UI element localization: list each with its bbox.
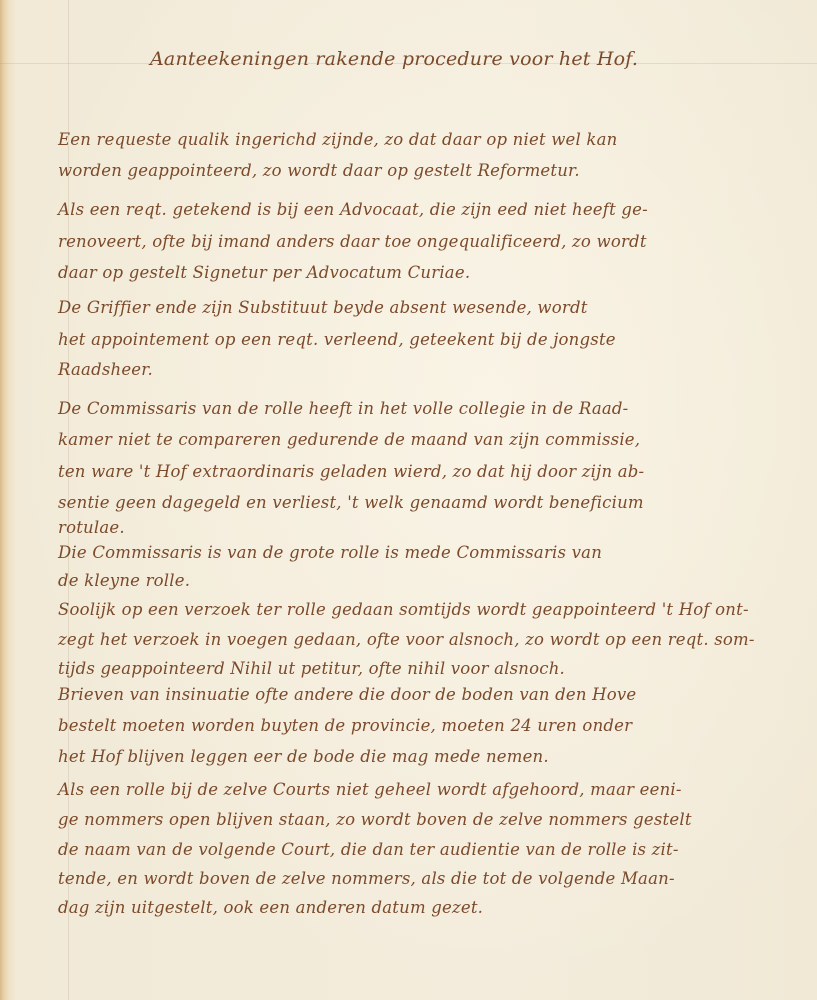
text-line: Soolijk op een verzoek ter rolle gedaan … — [58, 600, 749, 619]
text-line: de kleyne rolle. — [58, 571, 190, 590]
text-line: sentie geen dagegeld en verliest, 't wel… — [58, 493, 644, 512]
text-line: dag zijn uitgestelt, ook een anderen dat… — [58, 898, 483, 917]
text-line: tijds geappointeerd Nihil ut petitur, of… — [58, 659, 565, 678]
text-line: Een requeste qualik ingerichd zijnde, zo… — [58, 130, 618, 149]
text-line: Als een rolle bij de zelve Courts niet g… — [58, 780, 682, 799]
text-line: kamer niet te compareren gedurende de ma… — [58, 430, 640, 449]
text-line: Als een reqt. getekend is bij een Advoca… — [58, 200, 648, 219]
text-line: daar op gestelt Signetur per Advocatum C… — [58, 263, 470, 282]
text-line: bestelt moeten worden buyten de provinci… — [58, 716, 632, 735]
text-line: ten ware 't Hof extraordinaris geladen w… — [58, 462, 644, 481]
text-line: renoveert, ofte bij imand anders daar to… — [58, 232, 647, 251]
text-line: worden geappointeerd, zo wordt daar op g… — [58, 161, 580, 180]
page-title: Aanteekeningen rakende procedure voor he… — [150, 48, 638, 70]
text-line: het appointement op een reqt. verleend, … — [58, 330, 616, 349]
text-line: Brieven van insinuatie ofte andere die d… — [58, 685, 636, 704]
text-line: ge nommers open blijven staan, zo wordt … — [58, 810, 692, 829]
text-line: rotulae. — [58, 518, 125, 537]
text-line: De Griffier ende zijn Substituut beyde a… — [58, 298, 588, 317]
text-line: Raadsheer. — [58, 360, 153, 379]
text-line: tende, en wordt boven de zelve nommers, … — [58, 869, 675, 888]
text-line: zegt het verzoek in voegen gedaan, ofte … — [58, 630, 755, 649]
manuscript-page: Aanteekeningen rakende procedure voor he… — [0, 0, 817, 1000]
text-line: Die Commissaris is van de grote rolle is… — [58, 543, 602, 562]
text-line: het Hof blijven leggen eer de bode die m… — [58, 747, 549, 766]
text-line: de naam van de volgende Court, die dan t… — [58, 840, 679, 859]
text-line: De Commissaris van de rolle heeft in het… — [58, 399, 628, 418]
